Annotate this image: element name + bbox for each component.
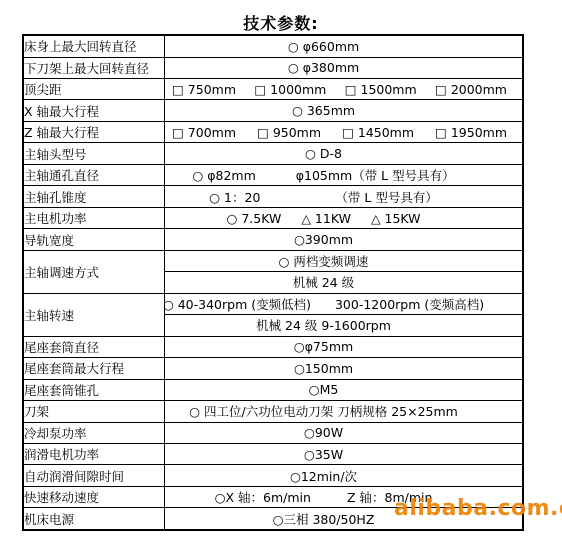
table-row: 主轴转速 ○ 40-340rpm (变频低档) 300-1200rpm (变频高… <box>23 293 523 314</box>
row-value: □ 700mm □ 950mm □ 1450mm □ 1950mm <box>165 121 524 142</box>
row-label: 主轴孔锥度 <box>23 186 165 207</box>
row-value: ○ 40-340rpm (变频低档) 300-1200rpm (变频高档) <box>165 293 524 314</box>
value-text: ○35W <box>165 444 503 464</box>
option-group: □ 750mm □ 1000mm □ 1500mm □ 2000mm <box>165 79 522 99</box>
row-label: 尾座套筒最大行程 <box>23 358 165 379</box>
table-row: 主轴头型号 ○ D-8 <box>23 143 523 164</box>
value-text: ○150mm <box>165 358 503 378</box>
row-label: 主轴通孔直径 <box>23 164 165 185</box>
checkbox-option: □ 700mm <box>172 125 236 140</box>
value-text: ○X 轴：6m/min <box>215 488 311 506</box>
value-text: ○ 40-340rpm (变频低档) <box>165 295 311 313</box>
row-value: ○ 1：20 （带 L 型号具有） <box>165 186 524 207</box>
row-value: ○ φ82mm φ105mm（带 L 型号具有） <box>165 164 524 185</box>
value-text: 机械 24 级 9-1600rpm <box>165 315 503 335</box>
table-row: 主轴调速方式 ○ 两档变频调速 <box>23 250 523 271</box>
value-text: ○12min/次 <box>165 465 503 485</box>
checkbox-option: □ 750mm <box>172 82 236 97</box>
value-text: ○ φ82mm <box>192 168 255 183</box>
value-text: ○ 两档变频调速 <box>165 251 503 271</box>
table-row: 主轴通孔直径 ○ φ82mm φ105mm（带 L 型号具有） <box>23 164 523 185</box>
table-row: Z 轴最大行程 □ 700mm □ 950mm □ 1450mm □ 1950m… <box>23 121 523 142</box>
page-title: 技术参数: <box>0 11 562 34</box>
table-row: 主轴孔锥度 ○ 1：20 （带 L 型号具有） <box>23 186 523 207</box>
row-value: ○ 7.5KW △ 11KW △ 15KW <box>165 207 524 228</box>
table-row: 自动润滑间隙时间 ○12min/次 <box>23 465 523 486</box>
row-value: ○90W <box>165 422 524 443</box>
row-value: ○ 四工位/六功位电动刀架 刀柄规格 25×25mm <box>165 401 524 422</box>
value-group: ○ φ82mm φ105mm（带 L 型号具有） <box>165 165 503 185</box>
row-label: 主轴调速方式 <box>23 250 165 293</box>
row-value: ○390mm <box>165 229 524 250</box>
value-text: ○ D-8 <box>165 143 503 163</box>
row-value: ○12min/次 <box>165 465 524 486</box>
row-label: 导轨宽度 <box>23 229 165 250</box>
value-text: ○ 1：20 <box>209 188 260 206</box>
row-label: 机床电源 <box>23 508 165 530</box>
value-text: （带 L 型号具有） <box>335 188 437 206</box>
row-label: 快速移动速度 <box>23 486 165 507</box>
table-row: 刀架 ○ 四工位/六功位电动刀架 刀柄规格 25×25mm <box>23 401 523 422</box>
spec-sheet-page: 技术参数: 床身上最大回转直径 ○ φ660mm 下刀架上最大回转直径 ○ φ3… <box>0 0 562 539</box>
row-value: ○ D-8 <box>165 143 524 164</box>
value-group: ○ 40-340rpm (变频低档) 300-1200rpm (变频高档) <box>165 294 503 314</box>
value-text: 机械 24 级 <box>165 272 503 292</box>
value-text: △ 11KW <box>301 211 351 226</box>
table-row: 润滑电机功率 ○35W <box>23 443 523 464</box>
value-text: ○ 365mm <box>165 100 503 120</box>
row-value: □ 750mm □ 1000mm □ 1500mm □ 2000mm <box>165 79 524 100</box>
table-row: 尾座套筒最大行程 ○150mm <box>23 358 523 379</box>
alibaba-watermark: alibaba.com.cn <box>394 496 562 521</box>
checkbox-option: □ 1450mm <box>342 125 414 140</box>
row-label: 冷却泵功率 <box>23 422 165 443</box>
option-group: □ 700mm □ 950mm □ 1450mm □ 1950mm <box>165 122 522 142</box>
checkbox-option: □ 1500mm <box>345 82 417 97</box>
row-value: ○φ75mm <box>165 336 524 357</box>
table-row: 冷却泵功率 ○90W <box>23 422 523 443</box>
row-value: ○ φ660mm <box>165 35 524 57</box>
checkbox-option: □ 950mm <box>257 125 321 140</box>
row-value: ○ 365mm <box>165 100 524 121</box>
row-label: 主轴转速 <box>23 293 165 336</box>
value-text: ○M5 <box>165 380 503 400</box>
row-value: ○35W <box>165 443 524 464</box>
value-text: φ105mm（带 L 型号具有） <box>296 166 455 184</box>
row-label: X 轴最大行程 <box>23 100 165 121</box>
checkbox-option: □ 1950mm <box>435 125 507 140</box>
row-value: ○ 两档变频调速 <box>165 250 524 271</box>
table-row: 下刀架上最大回转直径 ○ φ380mm <box>23 57 523 78</box>
spec-table: 床身上最大回转直径 ○ φ660mm 下刀架上最大回转直径 ○ φ380mm 顶… <box>22 34 524 531</box>
row-value: 机械 24 级 <box>165 272 524 293</box>
table-row: 主电机功率 ○ 7.5KW △ 11KW △ 15KW <box>23 207 523 228</box>
value-text: 300-1200rpm (变频高档) <box>335 295 484 313</box>
checkbox-option: □ 2000mm <box>435 82 507 97</box>
value-text: ○ 四工位/六功位电动刀架 刀柄规格 25×25mm <box>165 401 503 421</box>
row-label: 床身上最大回转直径 <box>23 35 165 57</box>
table-row: 床身上最大回转直径 ○ φ660mm <box>23 35 523 57</box>
row-label: 主轴头型号 <box>23 143 165 164</box>
table-row: X 轴最大行程 ○ 365mm <box>23 100 523 121</box>
row-label: 润滑电机功率 <box>23 443 165 464</box>
value-text: ○ 7.5KW <box>226 211 281 226</box>
row-label: 主电机功率 <box>23 207 165 228</box>
value-text: ○ φ660mm <box>165 36 503 57</box>
value-text: ○φ75mm <box>165 337 503 357</box>
value-group: ○ 7.5KW △ 11KW △ 15KW <box>165 208 503 228</box>
checkbox-option: □ 1000mm <box>254 82 326 97</box>
row-label: 下刀架上最大回转直径 <box>23 57 165 78</box>
row-label: 尾座套筒直径 <box>23 336 165 357</box>
value-text: ○90W <box>165 423 503 443</box>
row-label: Z 轴最大行程 <box>23 121 165 142</box>
row-value: ○ φ380mm <box>165 57 524 78</box>
row-label: 顶尖距 <box>23 79 165 100</box>
value-text: ○390mm <box>165 229 503 249</box>
row-label: 刀架 <box>23 401 165 422</box>
row-value: ○M5 <box>165 379 524 400</box>
row-label: 自动润滑间隙时间 <box>23 465 165 486</box>
value-text: ○ φ380mm <box>165 58 503 78</box>
row-label: 尾座套筒锥孔 <box>23 379 165 400</box>
row-value: ○150mm <box>165 358 524 379</box>
table-row: 尾座套筒锥孔 ○M5 <box>23 379 523 400</box>
value-group: ○ 1：20 （带 L 型号具有） <box>165 186 503 206</box>
row-value: 机械 24 级 9-1600rpm <box>165 315 524 336</box>
table-row: 导轨宽度 ○390mm <box>23 229 523 250</box>
table-row: 顶尖距 □ 750mm □ 1000mm □ 1500mm □ 2000mm <box>23 79 523 100</box>
table-row: 尾座套筒直径 ○φ75mm <box>23 336 523 357</box>
value-text: △ 15KW <box>371 211 421 226</box>
